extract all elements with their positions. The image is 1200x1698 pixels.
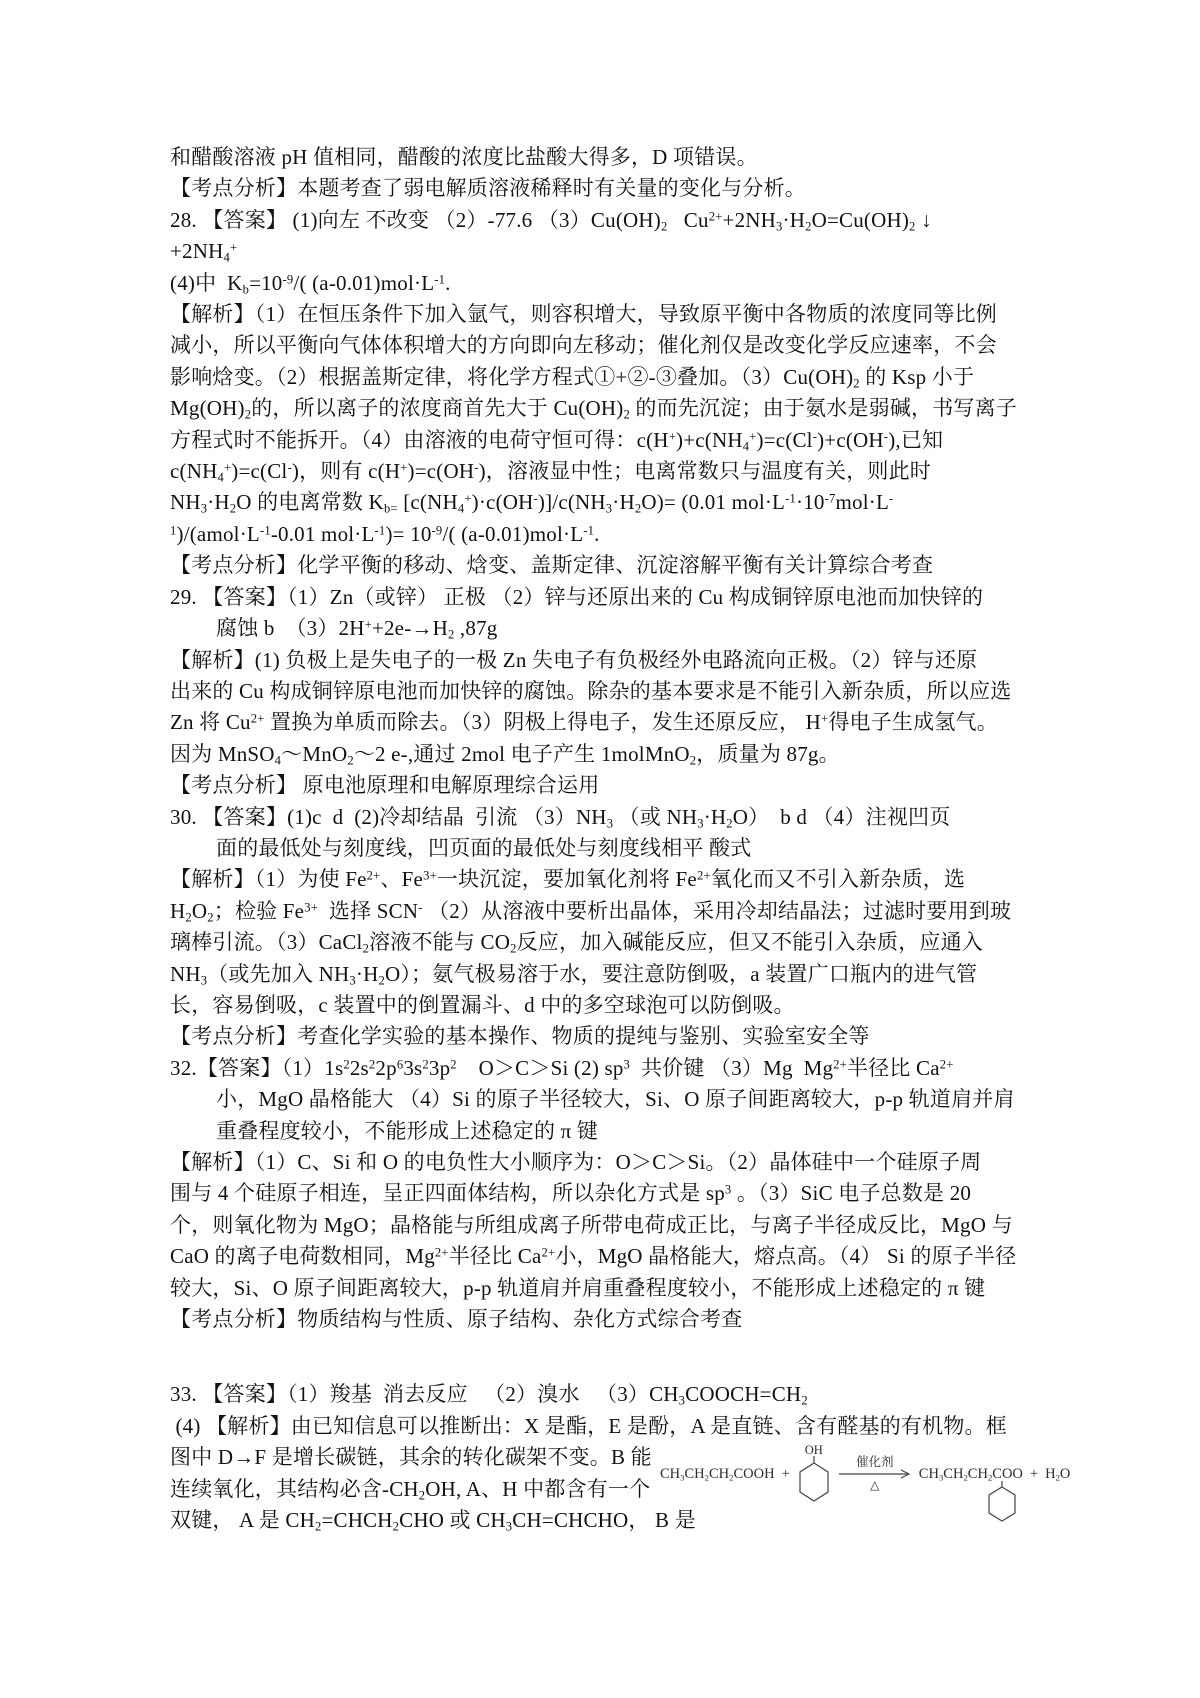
reactant-formula: CH3CH2CH2COOH: [660, 1466, 775, 1483]
scanned-document-page: { "page": { "background": "#ffffff", "te…: [0, 0, 1200, 1698]
text-line: 重叠程度较小，不能形成上述稳定的 π 键: [170, 1116, 1050, 1147]
text-line: 29. 【答案】（1）Zn（或锌） 正极 （2）锌与还原出来的 Cu 构成铜锌原…: [170, 582, 1050, 613]
text-line: 方程式时不能拆开。（4）由溶液的电荷守恒可得：c(H+)+c(NH4+)=c(C…: [170, 425, 1050, 456]
product-ring-icon: [987, 1481, 1017, 1525]
text-line: (4) 【解析】由已知信息可以推断出：X 是酯，E 是酚，A 是直链、含有醛基的…: [170, 1411, 1050, 1442]
text-line: 较大，Si、O 原子间距离较大，p-p 轨道肩并肩重叠程度较小，不能形成上述稳定…: [170, 1273, 1050, 1304]
product-formula: CH3CH2CH2COO: [919, 1466, 1023, 1482]
catalyst-label: 催化剂: [856, 1456, 894, 1469]
text-line: 28. 【答案】 (1)向左 不改变 （2）-77.6 （3）Cu(OH)2 C…: [170, 205, 1050, 236]
phenol-group: OH: [797, 1444, 831, 1504]
plus-sign: +: [782, 1466, 790, 1483]
text-line: 【解析】（1）C、Si 和 O 的电负性大小顺序为：O＞C＞Si。（2）晶体硅中…: [170, 1147, 1050, 1178]
text-line: 小，MgO 晶格能大 （4）Si 的原子半径较大，Si、O 原子间距离较大，p-…: [170, 1084, 1050, 1115]
text-line: 双键， A 是 CH2=CHCH2CHO 或 CH3CH=CHCHO， B 是: [170, 1505, 1050, 1536]
text-line: c(NH4+)=c(Cl-)，则有 c(H+)=c(OH-)，溶液显中性；电离常…: [170, 456, 1050, 487]
hydroxyl-label: OH: [805, 1444, 823, 1456]
text-line: 【解析】(1) 负极上是失电子的一极 Zn 失电子有负极经外电路流向正极。（2）…: [170, 645, 1050, 676]
benzene-ring-icon: [797, 1456, 831, 1504]
document-text: 和醋酸溶液 pH 值相同，醋酸的浓度比盐酸大得多，D 项错误。【考点分析】本题考…: [170, 142, 1050, 1536]
text-line: 【考点分析】化学平衡的移动、焓变、盖斯定律、沉淀溶解平衡有关计算综合考查: [170, 550, 1050, 581]
text-line: 和醋酸溶液 pH 值相同，醋酸的浓度比盐酸大得多，D 项错误。: [170, 142, 1050, 173]
text-line: 【考点分析】本题考查了弱电解质溶液稀释时有关量的变化与分析。: [170, 173, 1050, 204]
text-line: 个，则氧化物为 MgO；晶格能与所组成离子所带电荷成正比，与离子半径成反比，Mg…: [170, 1210, 1050, 1241]
text-line: 因为 MnSO4～MnO2～2 e-,通过 2mol 电子产生 1molMnO2…: [170, 739, 1050, 770]
text-line: 面的最低处与刻度线，凹页面的最低处与刻度线相平 酸式: [170, 833, 1050, 864]
text-line: Mg(OH)2的，所以离子的浓度商首先大于 Cu(OH)2 的而先沉淀；由于氨水…: [170, 393, 1050, 424]
text-line: 30. 【答案】(1)c d (2)冷却结晶 引流 （3）NH3 （或 NH3·…: [170, 802, 1050, 833]
text-line: 影响焓变。（2）根据盖斯定律，将化学方程式①+②-③叠加。（3）Cu(OH)2 …: [170, 362, 1050, 393]
text-line: NH3·H2O 的电离常数 Kb= [c(NH4+)·c(OH-)]/c(NH3…: [170, 487, 1050, 518]
text-line: +2NH4+: [170, 236, 1050, 267]
plus-sign: +: [1030, 1466, 1038, 1483]
text-line: 33. 【答案】（1）羧基 消去反应 （2）溴水 （3）CH3COOCH=CH2: [170, 1379, 1050, 1410]
reaction-equation: CH3CH2CH2COOH + OH 催化剂 △ CH3CH2CH2COO + …: [660, 1444, 1070, 1504]
text-line: Zn 将 Cu2+ 置换为单质而除去。（3）阴极上得电子，发生还原反应， H+得…: [170, 707, 1050, 738]
text-line: NH3（或先加入 NH3·H2O）；氨气极易溶于水，要注意防倒吸，a 装置广口瓶…: [170, 959, 1050, 990]
text-line: 1)/(amol·L-1-0.01 mol·L-1)= 10-9/( (a-0.…: [170, 519, 1050, 550]
text-line: 【考点分析】考查化学实验的基本操作、物质的提纯与鉴别、实验室安全等: [170, 1021, 1050, 1052]
water-formula: H2O: [1045, 1466, 1070, 1483]
text-line: 减小，所以平衡向气体体积增大的方向即向左移动；催化剂仅是改变化学反应速率，不会: [170, 330, 1050, 361]
heat-label: △: [870, 1479, 879, 1492]
text-line: 【解析】（1）在恒压条件下加入氩气，则容积增大，导致原平衡中各物质的浓度同等比例: [170, 299, 1050, 330]
text-line: CaO 的离子电荷数相同，Mg2+半径比 Ca2+小，MgO 晶格能大，熔点高。…: [170, 1241, 1050, 1272]
reaction-arrow: 催化剂 △: [838, 1456, 912, 1492]
text-line: H2O2；检验 Fe3+ 选择 SCN- （2）从溶液中要析出晶体，采用冷却结晶…: [170, 896, 1050, 927]
text-line: 腐蚀 b （3）2H++2e-→H2 ,87g: [170, 613, 1050, 644]
text-line: 32.【答案】（1）1s22s22p63s23p2 O＞C＞Si (2) sp3…: [170, 1053, 1050, 1084]
text-line: 【考点分析】物质结构与性质、原子结构、杂化方式综合考查: [170, 1304, 1050, 1335]
text-line: 【考点分析】 原电池原理和电解原理综合运用: [170, 770, 1050, 801]
text-line: 长，容易倒吸，c 装置中的倒置漏斗、d 中的多空球泡可以防倒吸。: [170, 990, 1050, 1021]
text-line: 围与 4 个硅原子相连，呈正四面体结构，所以杂化方式是 sp3 。（3）SiC …: [170, 1178, 1050, 1209]
product-group: CH3CH2CH2COO: [919, 1466, 1023, 1483]
text-line: 璃棒引流。（3）CaCl2溶液不能与 CO2反应，加入碱能反应，但又不能引入杂质…: [170, 927, 1050, 958]
text-line: 出来的 Cu 构成铜锌原电池而加快锌的腐蚀。除杂的基本要求是不能引入新杂质，所以…: [170, 676, 1050, 707]
text-line: [170, 1335, 1050, 1379]
text-line: 【解析】（1）为使 Fe2+、Fe3+一块沉淀，要加氧化剂将 Fe2+氧化而又不…: [170, 864, 1050, 895]
text-line: (4)中 Kb=10-9/( (a-0.01)mol·L-1.: [170, 268, 1050, 299]
